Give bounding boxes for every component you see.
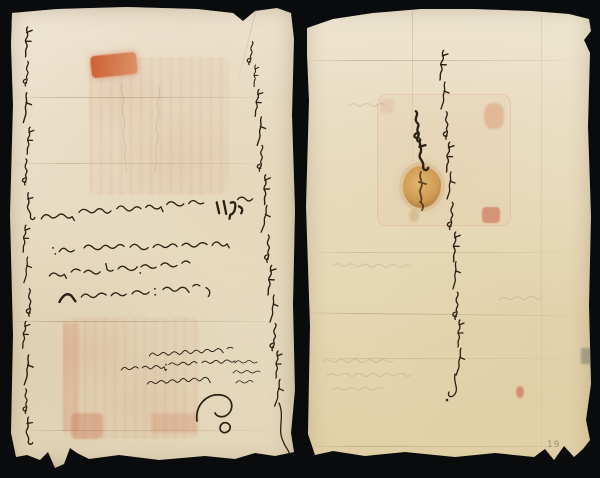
crease-line — [307, 252, 587, 253]
crease-line — [303, 60, 593, 61]
seal-corner-accent — [484, 103, 504, 129]
right-page-script — [303, 6, 593, 471]
crease-line — [13, 97, 289, 98]
corner-number: 19 — [547, 440, 560, 450]
crease-line — [7, 321, 296, 322]
faded-square-seal — [377, 94, 511, 226]
left-page-script — [7, 5, 296, 468]
wax-stain-seal — [403, 166, 441, 208]
dark-smudge — [581, 348, 591, 364]
top-seal-imprint — [89, 57, 229, 195]
photo-canvas: { "scene": { "type": "photograph", "subj… — [0, 0, 600, 478]
seal-smudge — [151, 413, 197, 433]
vertical-crease — [541, 16, 542, 456]
right-manuscript-page: 19 — [303, 6, 593, 471]
crease-line — [309, 358, 587, 359]
wax-stain-drip — [409, 210, 419, 222]
seal-corner-patch — [71, 413, 103, 439]
vertical-crease — [412, 12, 413, 162]
bottom-seal-imprint — [63, 317, 199, 439]
crease-line — [7, 163, 296, 164]
seal-bright-patch — [90, 52, 138, 79]
corner-fold-mark — [239, 10, 257, 78]
seal-corner-patch — [482, 207, 500, 223]
left-manuscript-page — [7, 5, 296, 468]
red-dot-mark — [516, 386, 524, 398]
seal-edge-band — [63, 323, 79, 431]
crease-line — [17, 430, 285, 431]
crease-line — [303, 312, 593, 316]
seal-corner-faint — [380, 99, 394, 113]
